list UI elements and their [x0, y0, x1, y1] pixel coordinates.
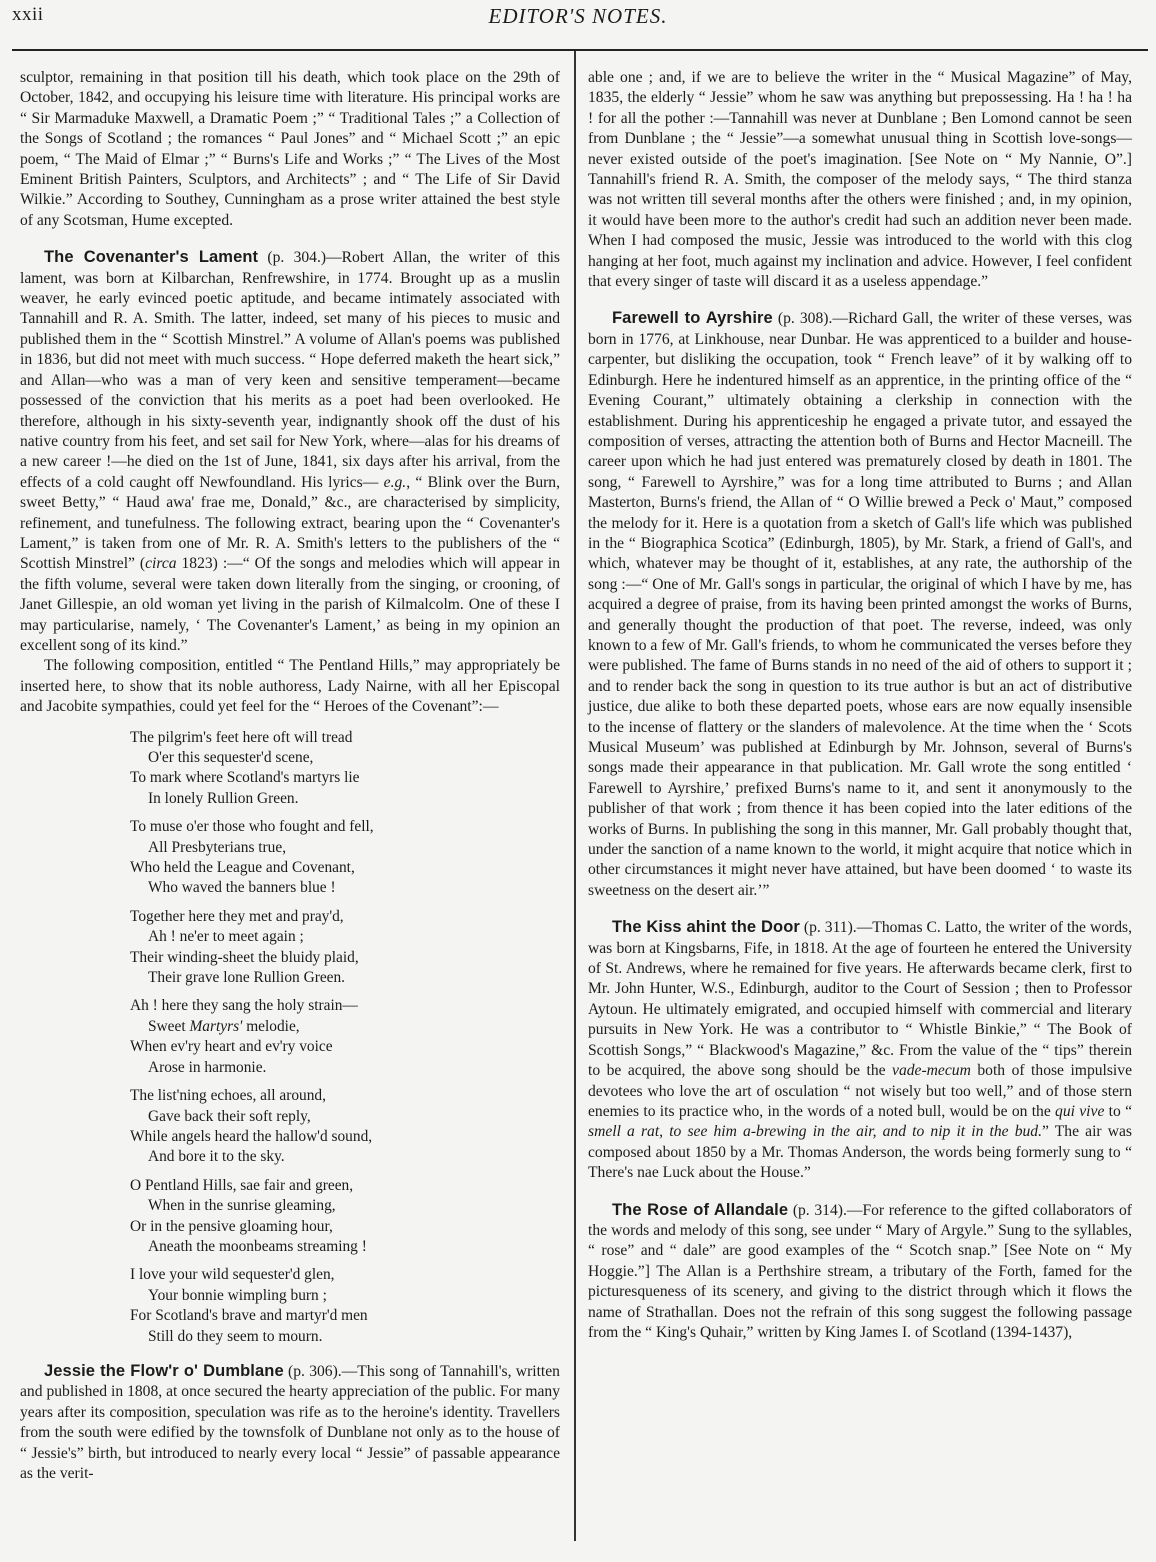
- note-covenanters-lament: The Covenanter's Lament (p. 304.)—Robert…: [20, 247, 560, 656]
- page-ref: (p. 314).: [793, 1202, 847, 1219]
- stanza: Ah ! here they sang the holy strain— Swe…: [130, 996, 560, 1078]
- page-ref: (p. 304.): [267, 249, 326, 266]
- stanza: The pilgrim's feet here oft will tread O…: [130, 728, 560, 810]
- stanza: The list'ning echoes, all around, Gave b…: [130, 1086, 560, 1168]
- note-farewell-to-ayrshire: Farewell to Ayrshire (p. 308).—Richard G…: [588, 308, 1132, 901]
- jessie-continuation: able one ; and, if we are to believe the…: [588, 68, 1132, 292]
- column-divider: [574, 51, 576, 1541]
- stanza: O Pentland Hills, sae fair and green, Wh…: [130, 1176, 560, 1258]
- stanza: I love your wild sequester'd glen, Your …: [130, 1265, 560, 1347]
- note-jessie-flowr-o-dumblane: Jessie the Flow'r o' Dumblane (p. 306).—…: [20, 1361, 560, 1484]
- note-title: Jessie the Flow'r o' Dumblane: [44, 1362, 284, 1380]
- page-header: xxii EDITOR'S NOTES.: [0, 0, 1156, 52]
- stanza: Together here they met and pray'd, Ah ! …: [130, 907, 560, 989]
- pentland-intro: The following composition, entitled “ Th…: [20, 656, 560, 717]
- left-column: sculptor, remaining in that position til…: [20, 68, 560, 1484]
- note-kiss-ahint-the-door: The Kiss ahint the Door (p. 311).—Thomas…: [588, 917, 1132, 1183]
- header-rule: [12, 49, 1148, 51]
- note-title: Farewell to Ayrshire: [612, 309, 773, 327]
- note-rose-of-allandale: The Rose of Allandale (p. 314).—For refe…: [588, 1200, 1132, 1344]
- page-ref: (p. 311).: [804, 919, 857, 936]
- poem-pentland-hills: The pilgrim's feet here oft will tread O…: [130, 728, 560, 1347]
- cunningham-continuation: sculptor, remaining in that position til…: [20, 68, 560, 231]
- note-title: The Covenanter's Lament: [44, 248, 258, 266]
- stanza: To muse o'er those who fought and fell, …: [130, 817, 560, 899]
- page-ref: (p. 306).: [288, 1363, 342, 1380]
- note-title: The Rose of Allandale: [612, 1201, 788, 1219]
- running-head: EDITOR'S NOTES.: [0, 4, 1156, 29]
- note-title: The Kiss ahint the Door: [612, 918, 800, 936]
- right-column: able one ; and, if we are to believe the…: [588, 68, 1132, 1343]
- page-ref: (p. 308).: [778, 310, 832, 327]
